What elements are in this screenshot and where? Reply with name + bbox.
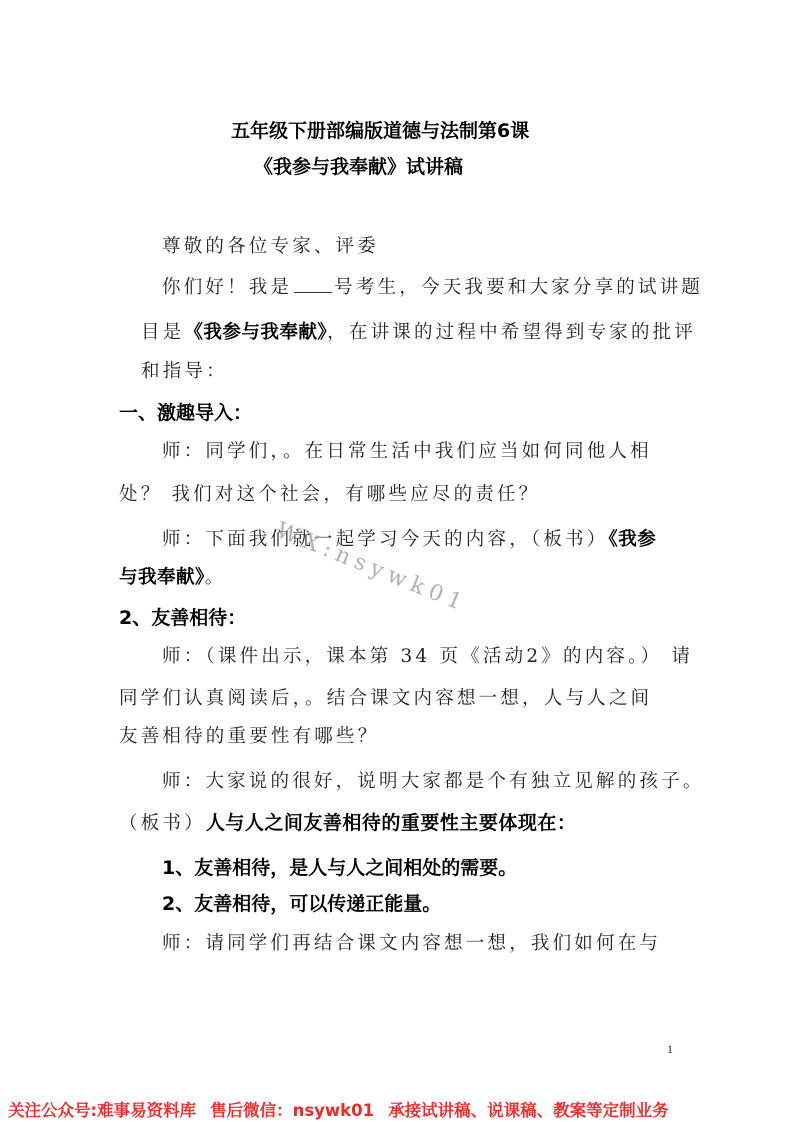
board-writing: 《我参 [608,529,656,550]
board-writing: 人与人之间友善相待的重要性主要体现在： [206,812,577,834]
paragraph-line: 同学们认真阅读后，。结合课文内容想一想，人与人之间 [119,684,652,710]
intro-line-1: 你们好！我是号考生，今天我要和大家分享的试讲题 [162,273,703,299]
paragraph-line: 友善相待的重要性有哪些？ [119,722,379,748]
board-writing: 与我奉献》 [119,567,205,588]
intro-line-2: 目是《我参与我奉献》，在讲课的过程中希望得到专家的批评 [141,318,696,344]
paragraph-line: 师：（课件出示，课本第 34 页《活动2》的内容。） 请 [162,642,693,668]
footer-wechat: 售后微信：nsywk01 [210,1101,374,1120]
intro-line-3: 和指导： [141,357,228,383]
board-label: （板书） [119,813,206,834]
footer-account: 关注公众号:难事易资料库 [8,1101,196,1120]
intro-suffix: ，在讲课的过程中希望得到专家的批评 [327,322,696,343]
greeting: 尊敬的各位专家、评委 [162,232,379,258]
footer-service: 承接试讲稿、说课稿、教案等定制业务 [388,1101,669,1120]
document-page: 五年级下册部编版道德与法制第6课 《我参与我奉献》试讲稿 尊敬的各位专家、评委 … [0,0,793,1122]
paragraph-line: 与我奉献》。 [119,563,226,589]
page-number: 1 [667,1042,673,1057]
paragraph-line: 师：下面我们就一起学习今天的内容，（板书）《我参 [162,525,656,551]
document-title: 五年级下册部编版道德与法制第6课 [231,116,529,143]
list-item: 1、友善相待，是人与人之间相处的需要。 [162,853,517,880]
paragraph-line: 处？ 我们对这个社会，有哪些应尽的责任？ [119,480,540,506]
lesson-name: 《我参与我奉献》 [184,322,327,343]
intro-text-cont: 号考生，今天我要和大家分享的试讲题 [334,277,703,298]
paragraph-text: 师：下面我们就一起学习今天的内容，（板书） [162,529,608,550]
candidate-number-blank [294,276,332,293]
paragraph-text: 。 [205,567,227,588]
document-subtitle: 《我参与我奉献》试讲稿 [254,152,463,179]
paragraph-line: 师：大家说的很好，说明大家都是个有独立见解的孩子。 [162,767,705,793]
paragraph-line: （板书）人与人之间友善相待的重要性主要体现在： [119,808,576,835]
section-heading-2: 2、友善相待： [119,603,246,630]
list-item: 2、友善相待，可以传递正能量。 [162,889,441,916]
intro-text: 你们好！我是 [162,277,292,298]
footer-banner: 关注公众号:难事易资料库售后微信：nsywk01承接试讲稿、说课稿、教案等定制业… [8,1097,793,1121]
intro-prefix: 目是 [141,322,184,343]
paragraph-line: 师：同学们，。在日常生活中我们应当如何同他人相 [162,437,652,463]
paragraph-line: 师：请同学们再结合课文内容想一想，我们如何在与 [162,929,661,955]
section-heading-1: 一、激趣导入： [119,398,252,425]
